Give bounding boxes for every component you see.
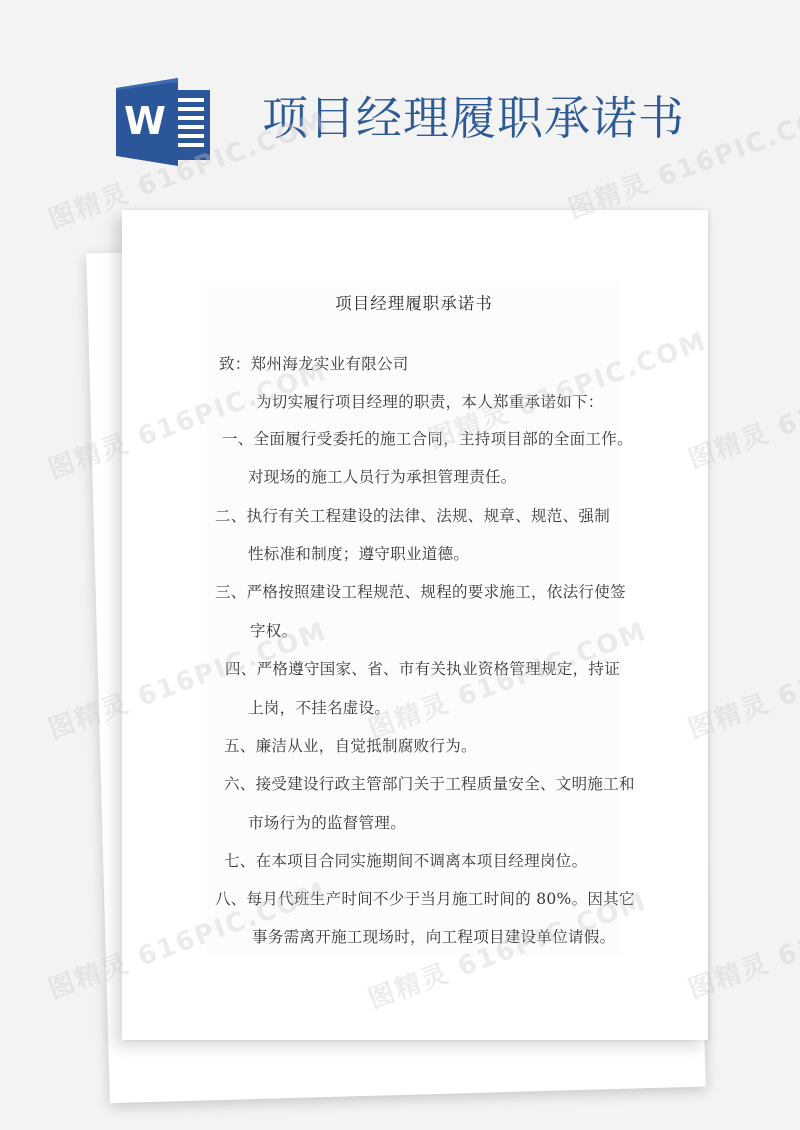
item-6-line2: 市场行为的监督管理。	[248, 811, 406, 833]
item-8-line1: 八、每月代班生产时间不少于当月施工时间的 80%。因其它	[215, 887, 635, 909]
item-2-line2: 性标准和制度；遵守职业道德。	[248, 542, 469, 564]
item-3-line2: 字权。	[250, 619, 297, 641]
addressee: 致：郑州海龙实业有限公司	[219, 352, 409, 374]
item-6-line1: 六、接受建设行政主管部门关于工程质量安全、文明施工和	[224, 772, 635, 794]
page-title: 项目经理履职承诺书	[262, 88, 685, 148]
item-8-line2: 事务需离开施工现场时，向工程项目建设单位请假。	[252, 925, 615, 947]
svg-text:W: W	[124, 99, 166, 143]
item-1-line1: 一、全面履行受委托的施工合同，主持项目部的全面工作。	[222, 427, 633, 449]
item-1-line2: 对现场的施工人员行为承担管理责任。	[248, 465, 517, 487]
item-3-line1: 三、严格按照建设工程规范、规程的要求施工，依法行使签	[215, 580, 626, 602]
item-4-line1: 四、严格遵守国家、省、市有关执业资格管理规定，持证	[225, 657, 620, 679]
document-body: 项目经理履职承诺书 致：郑州海龙实业有限公司 为切实履行项目经理的职责，本人郑重…	[207, 282, 621, 956]
item-7-line1: 七、在本项目合同实施期间不调离本项目经理岗位。	[224, 849, 587, 871]
intro-paragraph: 为切实履行项目经理的职责，本人郑重承诺如下：	[256, 390, 604, 412]
item-5-line1: 五、廉洁从业，自觉抵制腐败行为。	[224, 734, 477, 756]
header: W 项目经理履职承诺书	[0, 0, 800, 190]
word-icon: W	[112, 76, 214, 166]
document-title: 项目经理履职承诺书	[207, 290, 621, 314]
item-2-line1: 二、执行有关工程建设的法律、法规、规章、规范、强制	[215, 504, 610, 526]
item-4-line2: 上岗，不挂名虚设。	[248, 696, 390, 718]
